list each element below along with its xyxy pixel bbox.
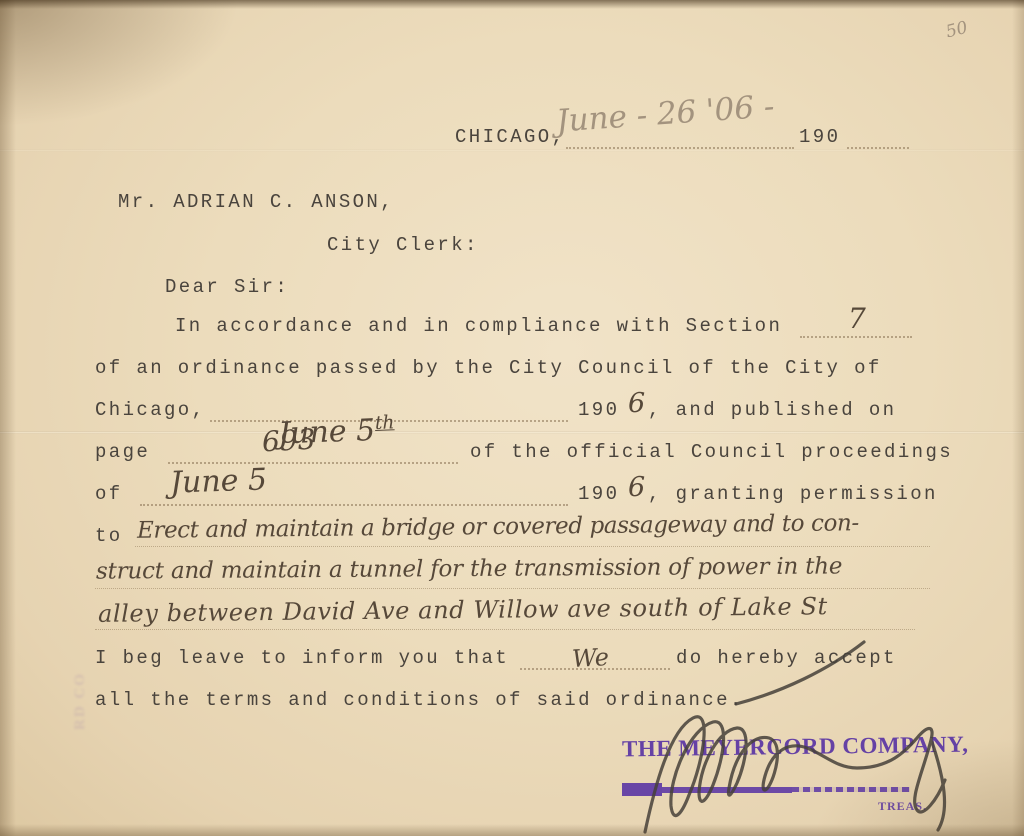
grant-rule2 [95,587,930,589]
body-line7: I beg leave to inform you that [95,647,509,669]
recipient-title: City Clerk: [327,234,479,256]
dateline-year-prefix: 190 [799,126,840,148]
pencil-corner-note: 50 [944,18,970,43]
grant-handwriting-line2: struct and maintain a tunnel for the tra… [96,553,842,584]
fold-crease-upper [0,149,1024,152]
dateline-blank [566,146,794,149]
body-line5-prefix: of [95,483,123,505]
handwritten-date: June - 26 '06 - [555,88,775,139]
ghost-stamp-impression: RD CO [72,672,89,730]
proceedings-date-fill: June 5 [169,462,267,500]
body-line4-suffix: of the official Council proceedings [470,441,953,463]
proceedings-date-blank [140,503,568,506]
scanned-letter-page: 50 CHICAGO, 190 June - 26 '06 - Mr. ADRI… [0,0,1024,836]
body-line1: In accordance and in compliance with Sec… [175,315,782,337]
body-line5-suffix: , granting permission [648,483,938,505]
signature [600,620,1020,836]
section-blank [800,335,912,338]
body-line4-prefix: page [95,441,150,463]
fold-crease-middle [0,431,1024,434]
ordinance-date-sup: th [375,412,395,434]
body-line3-suffix: , and published on [648,399,896,421]
recipient-name: Mr. ADRIAN C. ANSON, [118,191,394,213]
dateline-city-label: CHICAGO, [455,126,565,148]
salutation: Dear Sir: [165,276,289,298]
body-line2: of an ordinance passed by the City Counc… [95,357,882,379]
body-line3-year: 190 [578,399,619,421]
body-line6-prefix: to [95,525,123,547]
grant-handwriting-line1: Erect and maintain a bridge or covered p… [137,510,859,544]
body-line5-year: 190 [578,483,619,505]
body-line3-prefix: Chicago, [95,399,205,421]
section-number-fill: 7 [848,302,866,335]
body-line3-year-fill: 6 [628,388,645,419]
grant-rule1 [135,545,930,547]
page-number-fill: 693 [261,423,316,459]
body-line5-year-fill: 6 [628,472,645,503]
dateline-year-blank [847,146,909,149]
